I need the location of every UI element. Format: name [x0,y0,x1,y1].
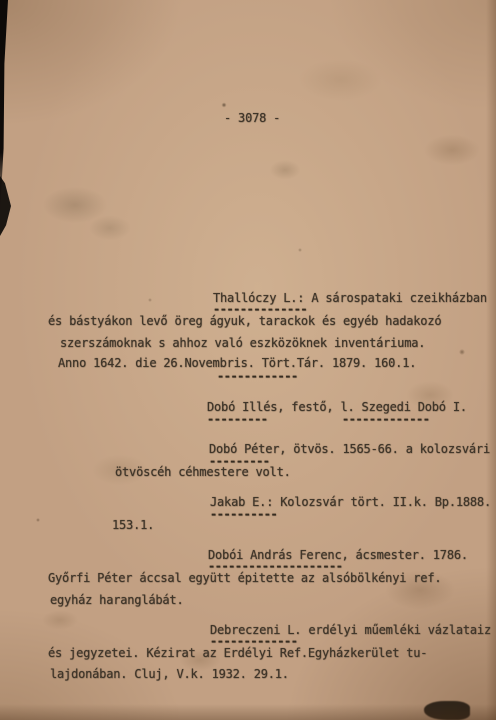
typewritten-line: ötvöscéh céhmestere volt. [115,466,291,479]
scan-shadow-right-edge [486,0,496,720]
scanned-document-page: - 3078 - Thallóczy L.: A sárospataki cze… [0,0,496,720]
typewritten-line: 153.1. [112,519,154,532]
typewritten-line: szerszámoknak s ahhoz való eszközöknek i… [60,337,425,350]
typewritten-line: lajdonában. Cluj, V.k. 1932. 29.1. [50,668,289,681]
page-number: - 3078 - [224,112,280,125]
typewritten-line: és bástyákon levő öreg ágyuk, tarackok é… [48,315,441,328]
typewritten-line: egyház haranglábát. [50,594,183,607]
typewriter-underline: ------------- [342,413,429,426]
typewriter-underline: ---------- [210,508,277,521]
typewriter-underline: --------- [207,413,268,426]
typewritten-line: Győrfi Péter áccsal együtt épitette az a… [48,572,441,585]
typewritten-line: és jegyzetei. Kézirat az Erdélyi Ref.Egy… [48,647,427,660]
scan-artifact-left-wedge [0,176,11,236]
typewriter-underline: ------------ [217,370,298,383]
scan-shadow-bottom-edge [0,704,496,720]
